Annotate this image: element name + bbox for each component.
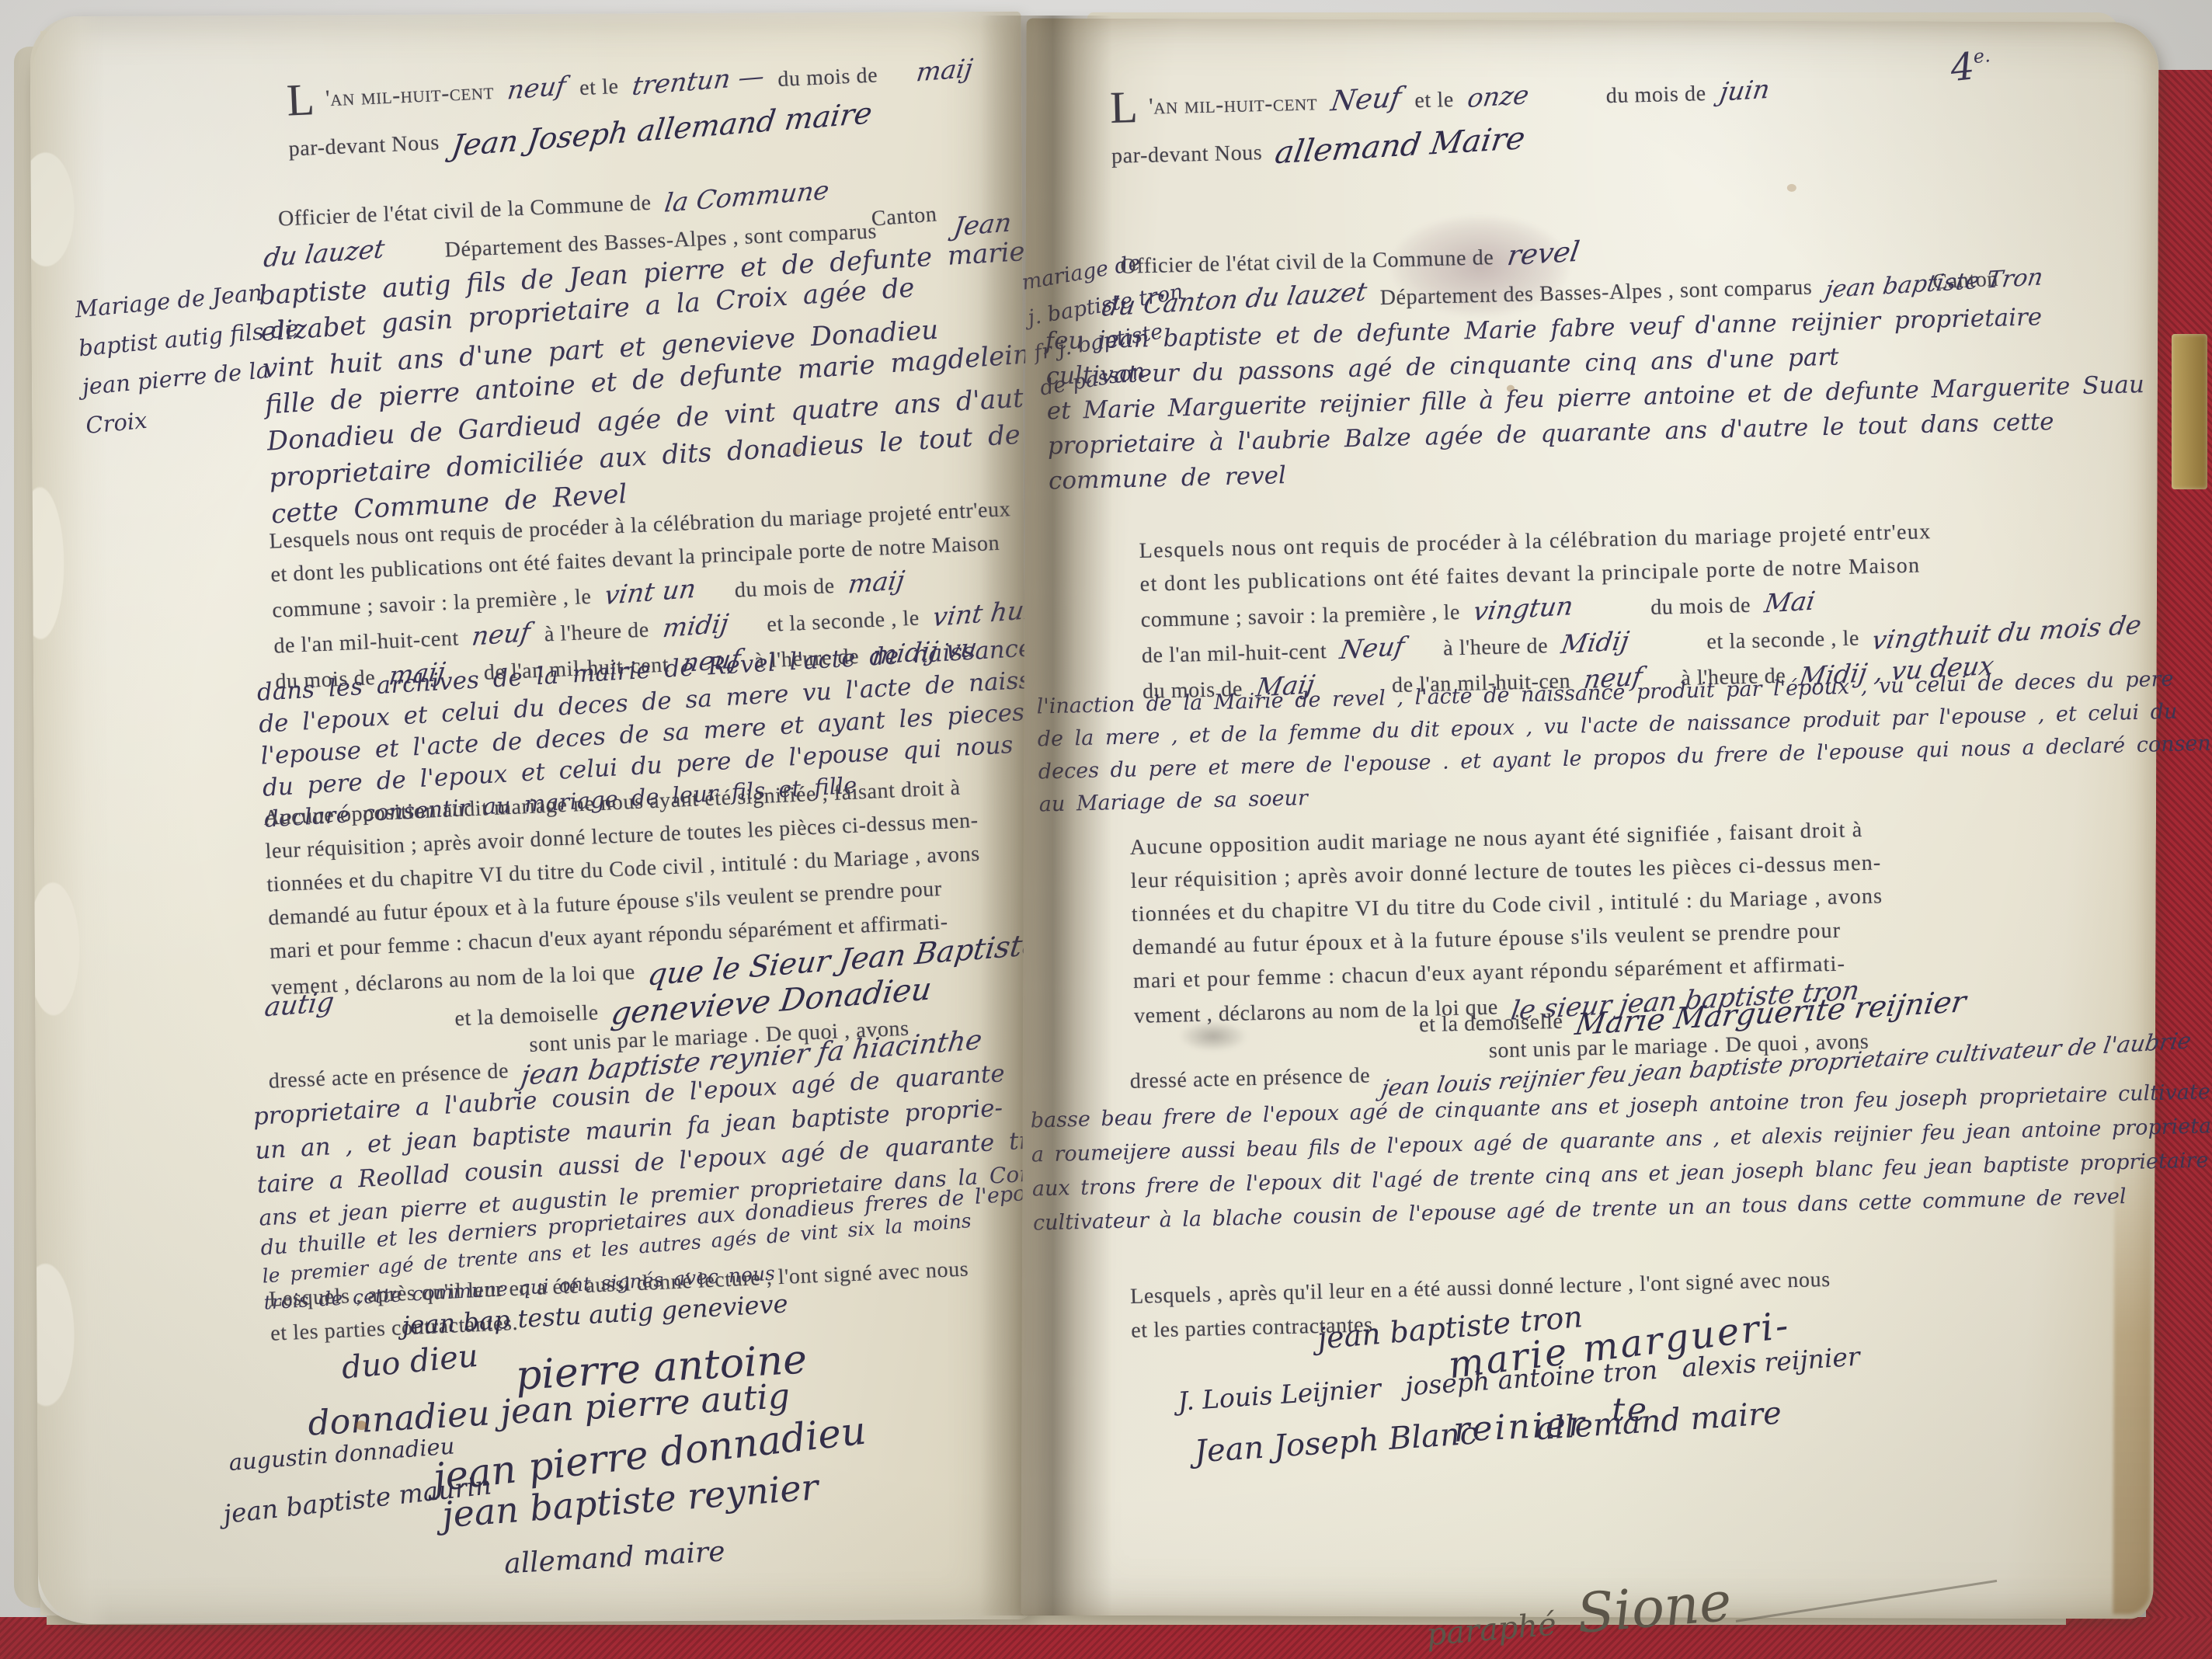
photo-vignette: [0, 0, 2212, 1659]
registry-book-photo: Mariage de Jean baptist autig fils de je…: [0, 0, 2212, 1659]
